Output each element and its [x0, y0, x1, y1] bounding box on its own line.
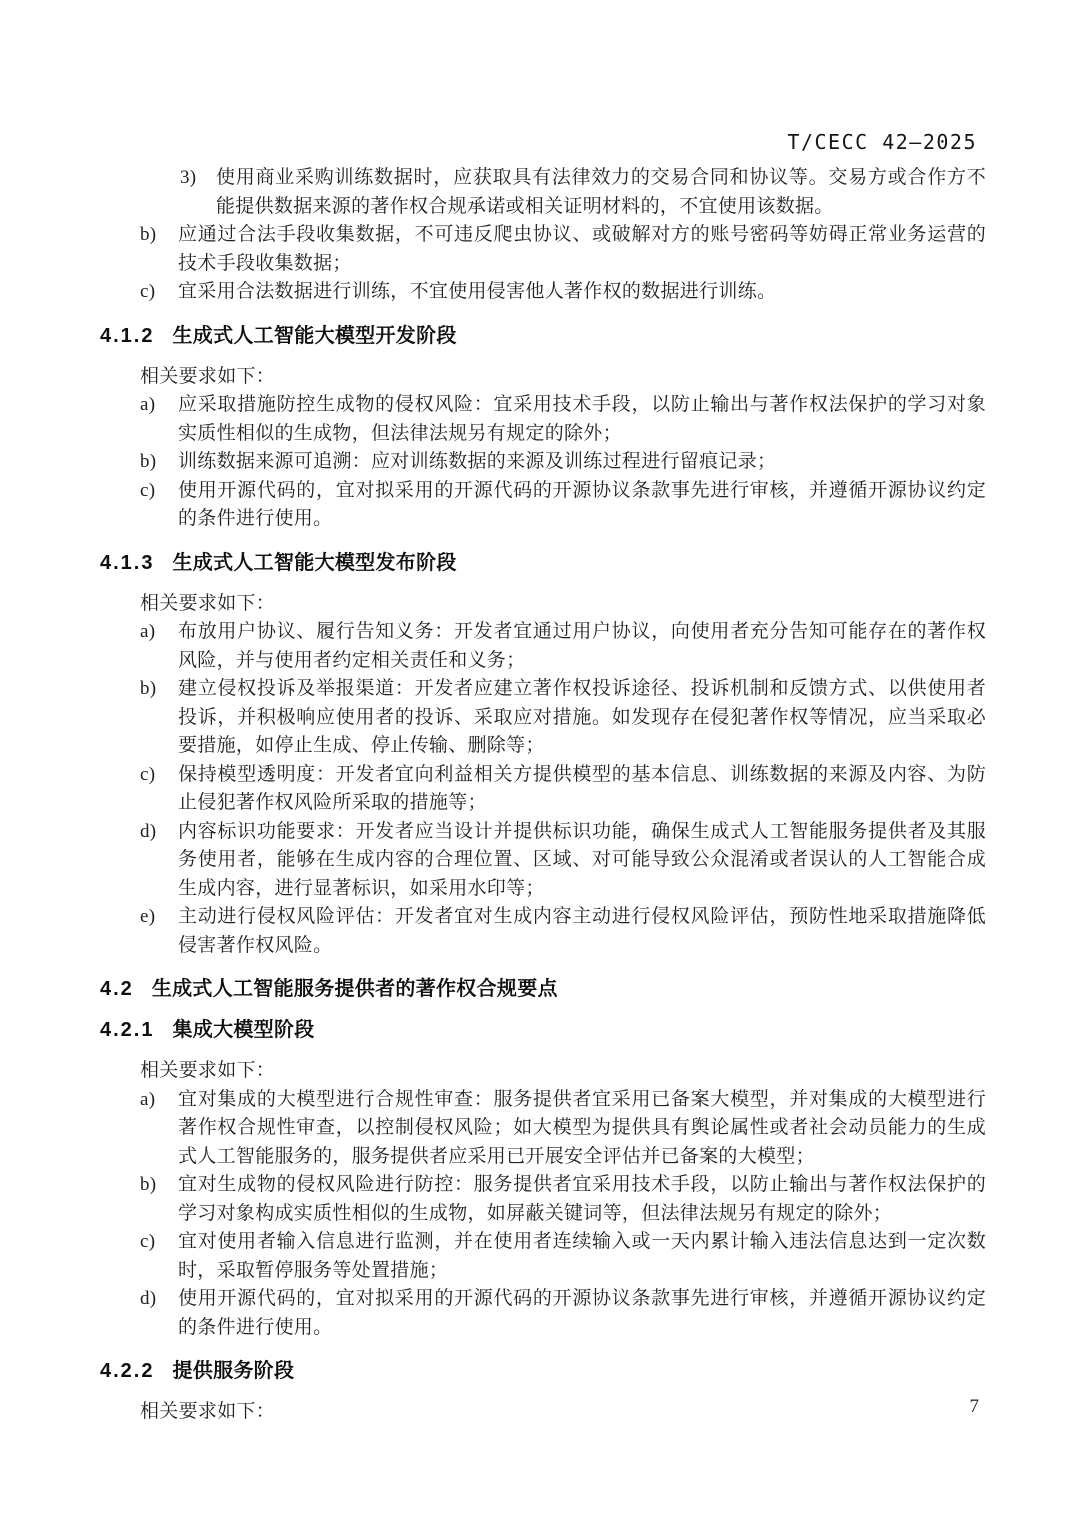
list-item: b)应通过合法手段收集数据，不可违反爬虫协议、或破解对方的账号密码等妨碍正常业务…: [100, 221, 986, 278]
section-title: 集成大模型阶段: [172, 1019, 314, 1041]
list-text: 宜对集成的大模型进行合规性审查：服务提供者宜采用已备案大模型，并对集成的大模型进…: [178, 1086, 986, 1172]
section-heading: 4.2生成式人工智能服务提供者的著作权合规要点: [100, 975, 986, 1003]
list-marker: a): [140, 1086, 178, 1115]
section-number: 4.2.1: [100, 1016, 154, 1044]
list-marker: b): [140, 1171, 178, 1200]
section-heading: 4.1.2生成式人工智能大模型开发阶段: [100, 322, 986, 350]
document-page: T/CECC 42—2025 3)使用商业采购训练数据时，应获取具有法律效力的交…: [0, 0, 1080, 1527]
section-heading: 4.2.2提供服务阶段: [100, 1357, 986, 1385]
list-text: 建立侵权投诉及举报渠道：开发者应建立著作权投诉途径、投诉机制和反馈方式、以供使用…: [178, 675, 986, 761]
list-item: d)使用开源代码的，宜对拟采用的开源代码的开源协议条款事先进行审核，并遵循开源协…: [100, 1285, 986, 1342]
list-text: 宜采用合法数据进行训练，不宜使用侵害他人著作权的数据进行训练。: [178, 278, 986, 307]
list-marker: d): [140, 1285, 178, 1314]
section-title: 提供服务阶段: [172, 1360, 294, 1382]
list-text: 应通过合法手段收集数据，不可违反爬虫协议、或破解对方的账号密码等妨碍正常业务运营…: [178, 221, 986, 278]
list-text: 宜对生成物的侵权风险进行防控：服务提供者宜采用技术手段，以防止输出与著作权法保护…: [178, 1171, 986, 1228]
list-text: 使用开源代码的，宜对拟采用的开源代码的开源协议条款事先进行审核，并遵循开源协议约…: [178, 477, 986, 534]
page-number: 7: [970, 1396, 980, 1418]
paragraph: 相关要求如下：: [140, 590, 986, 619]
list-text: 应采取措施防控生成物的侵权风险：宜采用技术手段，以防止输出与著作权法保护的学习对…: [178, 391, 986, 448]
list-marker: c): [140, 477, 178, 506]
list-text: 内容标识功能要求：开发者应当设计并提供标识功能，确保生成式人工智能服务提供者及其…: [178, 818, 986, 904]
list-item: e)主动进行侵权风险评估：开发者宜对生成内容主动进行侵权风险评估，预防性地采取措…: [100, 903, 986, 960]
section-heading: 4.1.3生成式人工智能大模型发布阶段: [100, 549, 986, 577]
list-item: b)宜对生成物的侵权风险进行防控：服务提供者宜采用技术手段，以防止输出与著作权法…: [100, 1171, 986, 1228]
list-marker: b): [140, 221, 178, 250]
list-text: 布放用户协议、履行告知义务：开发者宜通过用户协议，向使用者充分告知可能存在的著作…: [178, 618, 986, 675]
list-marker: a): [140, 391, 178, 420]
list-marker: 3): [180, 164, 216, 193]
list-marker: e): [140, 903, 178, 932]
list-marker: a): [140, 618, 178, 647]
section-number: 4.2: [100, 975, 134, 1003]
list-item: c)宜采用合法数据进行训练，不宜使用侵害他人著作权的数据进行训练。: [100, 278, 986, 307]
list-marker: d): [140, 818, 178, 847]
list-item: b)建立侵权投诉及举报渠道：开发者应建立著作权投诉途径、投诉机制和反馈方式、以供…: [100, 675, 986, 761]
list-item: d)内容标识功能要求：开发者应当设计并提供标识功能，确保生成式人工智能服务提供者…: [100, 818, 986, 904]
list-item: a)布放用户协议、履行告知义务：开发者宜通过用户协议，向使用者充分告知可能存在的…: [100, 618, 986, 675]
list-text: 训练数据来源可追溯：应对训练数据的来源及训练过程进行留痕记录；: [178, 448, 986, 477]
list-text: 主动进行侵权风险评估：开发者宜对生成内容主动进行侵权风险评估，预防性地采取措施降…: [178, 903, 986, 960]
section-title: 生成式人工智能大模型发布阶段: [172, 552, 456, 574]
list-text: 使用开源代码的，宜对拟采用的开源代码的开源协议条款事先进行审核，并遵循开源协议约…: [178, 1285, 986, 1342]
section-title: 生成式人工智能服务提供者的著作权合规要点: [152, 978, 558, 1000]
list-marker: c): [140, 278, 178, 307]
list-text: 宜对使用者输入信息进行监测，并在使用者连续输入或一天内累计输入违法信息达到一定次…: [178, 1228, 986, 1285]
list-item: c)使用开源代码的，宜对拟采用的开源代码的开源协议条款事先进行审核，并遵循开源协…: [100, 477, 986, 534]
list-item: c)保持模型透明度：开发者宜向利益相关方提供模型的基本信息、训练数据的来源及内容…: [100, 761, 986, 818]
list-item: b)训练数据来源可追溯：应对训练数据的来源及训练过程进行留痕记录；: [100, 448, 986, 477]
section-number: 4.2.2: [100, 1357, 154, 1385]
list-item: a)应采取措施防控生成物的侵权风险：宜采用技术手段，以防止输出与著作权法保护的学…: [100, 391, 986, 448]
list-text: 保持模型透明度：开发者宜向利益相关方提供模型的基本信息、训练数据的来源及内容、为…: [178, 761, 986, 818]
section-title: 生成式人工智能大模型开发阶段: [172, 325, 456, 347]
section-number: 4.1.2: [100, 322, 154, 350]
list-text: 使用商业采购训练数据时，应获取具有法律效力的交易合同和协议等。交易方或合作方不能…: [216, 164, 986, 221]
list-item: 3)使用商业采购训练数据时，应获取具有法律效力的交易合同和协议等。交易方或合作方…: [100, 164, 986, 221]
section-heading: 4.2.1集成大模型阶段: [100, 1016, 986, 1044]
document-content: 3)使用商业采购训练数据时，应获取具有法律效力的交易合同和协议等。交易方或合作方…: [100, 164, 986, 1427]
list-marker: c): [140, 761, 178, 790]
section-number: 4.1.3: [100, 549, 154, 577]
list-marker: b): [140, 675, 178, 704]
list-marker: c): [140, 1228, 178, 1257]
document-code-header: T/CECC 42—2025: [787, 130, 977, 154]
paragraph: 相关要求如下：: [140, 1398, 986, 1427]
paragraph: 相关要求如下：: [140, 363, 986, 392]
paragraph: 相关要求如下：: [140, 1057, 986, 1086]
list-marker: b): [140, 448, 178, 477]
list-item: a)宜对集成的大模型进行合规性审查：服务提供者宜采用已备案大模型，并对集成的大模…: [100, 1086, 986, 1172]
list-item: c)宜对使用者输入信息进行监测，并在使用者连续输入或一天内累计输入违法信息达到一…: [100, 1228, 986, 1285]
